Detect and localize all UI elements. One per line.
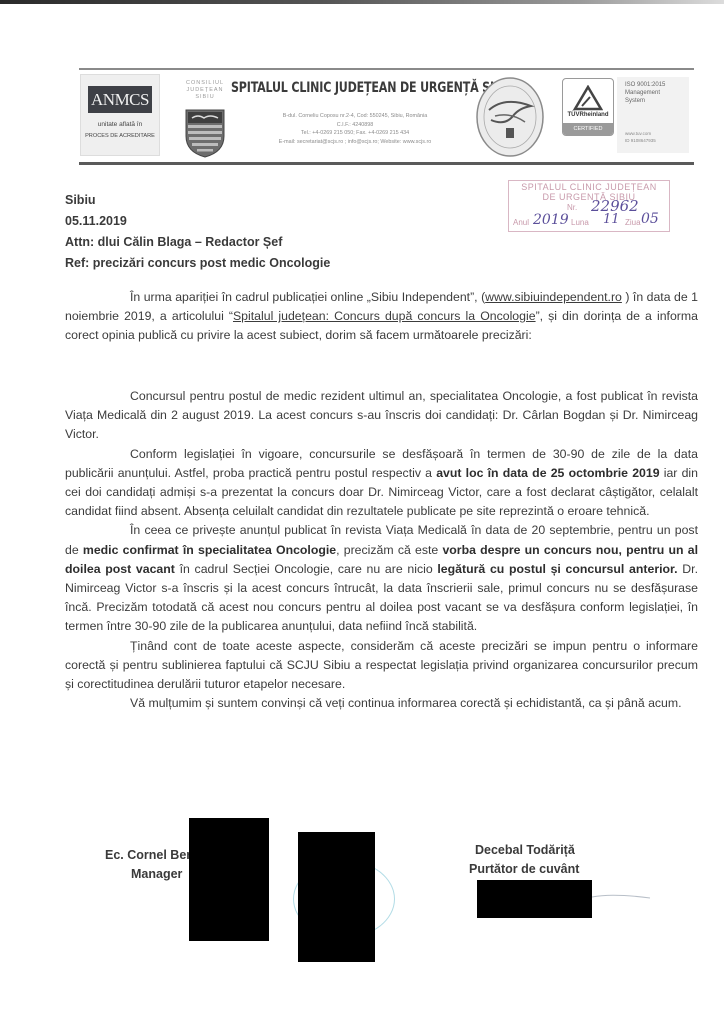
body-paragraph: În ceea ce privește anunțul publicat în … <box>65 521 698 636</box>
article-title: Spitalul județean: Concurs după concurs … <box>233 309 536 323</box>
tuv-triangle-icon <box>573 85 603 111</box>
letter-meta: Sibiu 05.11.2019 Attn: dlui Călin Blaga … <box>65 190 330 274</box>
tuv-brand: TÜVRheinland <box>563 112 613 118</box>
coat-of-arms-icon <box>184 108 226 158</box>
anmcs-badge: ANMCS unitate aflată în PROCES DE ACREDI… <box>80 74 160 156</box>
iso-panel: ISO 9001:2015 Management System www.tuv.… <box>617 77 689 153</box>
body-paragraph: Ținând cont de toate aceste aspecte, con… <box>65 637 698 695</box>
letter-ref: Ref: precizări concurs post medic Oncolo… <box>65 253 330 274</box>
intro-paragraph: În urma apariției în cadrul publicației … <box>65 288 698 346</box>
iso-id: ID 9108647935 <box>625 138 656 144</box>
iso-label2: System <box>625 98 645 105</box>
redaction-block <box>189 818 269 941</box>
scan-edge <box>0 0 724 4</box>
letter-attn: Attn: dlui Călin Blaga – Redactor Șef <box>65 232 330 253</box>
consiliu-judetean-label: CONSILIUL JUDEȚEAN SIBIU <box>184 80 226 101</box>
signatory-manager-name: Ec. Cornel Ber <box>105 848 191 862</box>
anmcs-logo: ANMCS <box>88 86 152 113</box>
letter-date: 05.11.2019 <box>65 211 330 232</box>
body-paragraph: Concursul pentru postul de medic reziden… <box>65 387 698 445</box>
registration-year: 2019 <box>533 212 569 228</box>
redaction-block <box>298 832 375 962</box>
iso-website: www.tuv.com <box>625 131 651 137</box>
letterhead-top-rule <box>79 68 694 70</box>
body-paragraph: Vă mulțumim și suntem convinși că veți c… <box>65 694 698 713</box>
hospital-seal-icon <box>475 76 545 158</box>
body-paragraph: Conform legislației în vigoare, concursu… <box>65 445 698 522</box>
anmcs-line1: unitate aflată în <box>81 121 159 128</box>
registration-stamp: SPITALUL CLINIC JUDEȚEAN DE URGENȚĂ SIBI… <box>508 180 670 232</box>
letterhead-bottom-rule <box>79 162 694 165</box>
hospital-contact-info: B-dul. Corneliu Coposu nr.2-4, Cod: 5502… <box>250 112 460 146</box>
anmcs-line2: PROCES DE ACREDITARE <box>81 133 159 139</box>
hospital-name: SPITALUL CLINIC JUDEȚEAN DE URGENȚĂ SIBI… <box>231 80 515 96</box>
registration-day: 05 <box>641 211 659 227</box>
letter-city: Sibiu <box>65 190 330 211</box>
signatory-spokesperson-name: Decebal Todăriță <box>475 843 575 857</box>
signatory-manager-role: Manager <box>131 867 182 881</box>
signature-stroke <box>592 892 652 902</box>
redaction-block <box>477 880 592 918</box>
tuv-certified-badge: TÜVRheinland CERTIFIED <box>562 78 614 136</box>
signatory-spokesperson-role: Purtător de cuvânt <box>469 862 579 876</box>
iso-standard: ISO 9001:2015 <box>625 82 665 89</box>
tuv-certified-label: CERTIFIED <box>563 123 613 135</box>
letter-body: Concursul pentru postul de medic reziden… <box>65 387 698 713</box>
iso-label1: Management <box>625 90 660 97</box>
registration-month: 11 <box>603 212 620 227</box>
source-website-link[interactable]: www.sibiuindependent.ro <box>485 290 622 304</box>
